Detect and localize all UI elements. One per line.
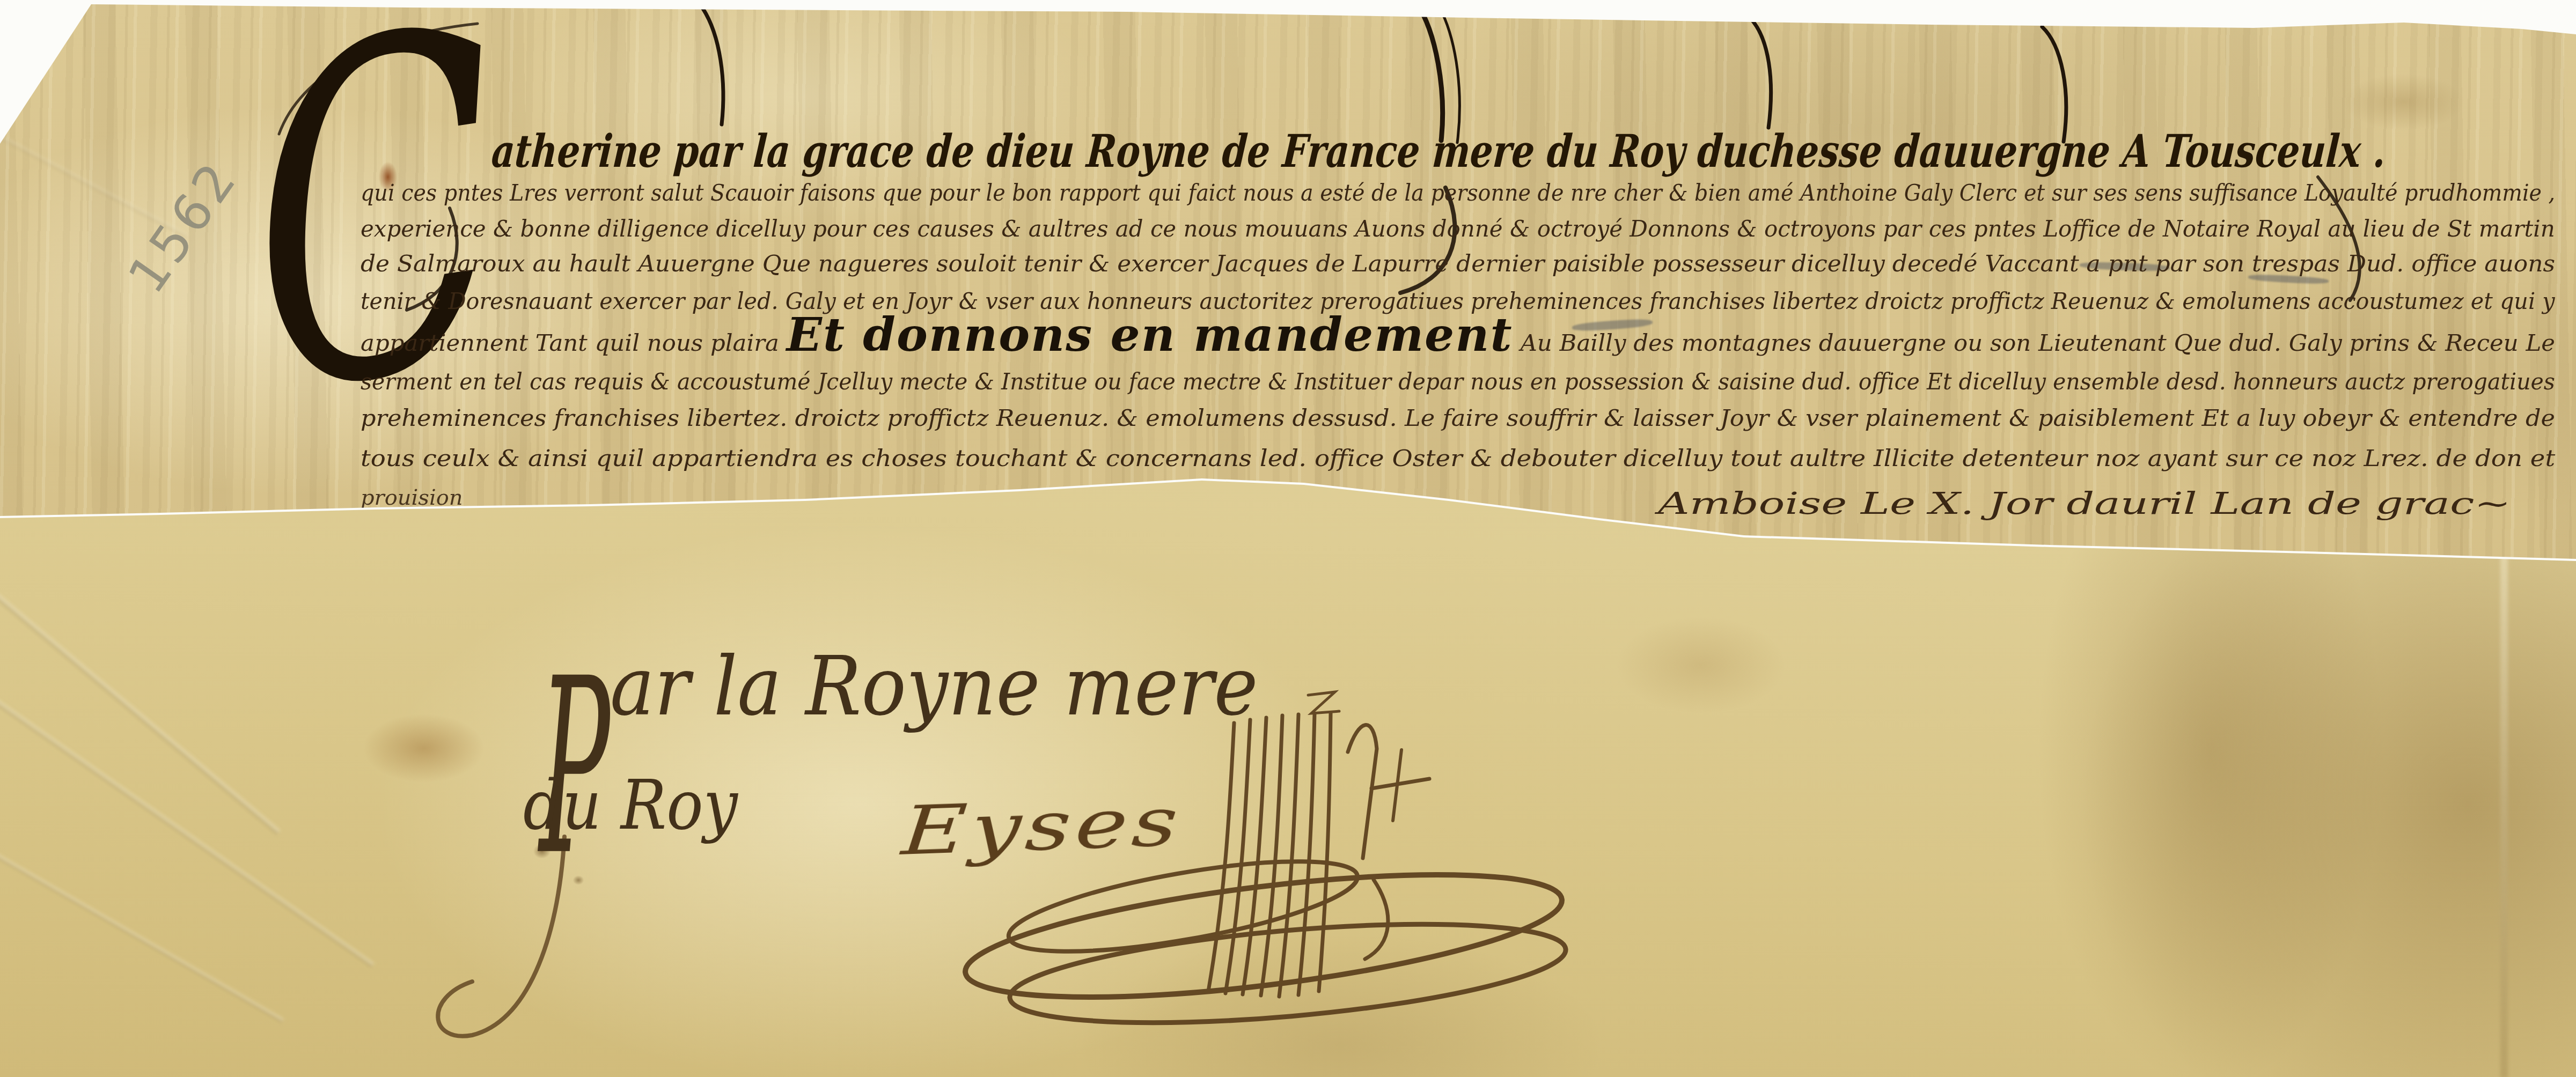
paraph-cross	[1393, 750, 1401, 821]
stain	[343, 703, 504, 794]
subscription-rest: ar la Royne mere	[610, 639, 1258, 734]
paraph-stroke	[1261, 715, 1282, 995]
paraph-cross	[1371, 779, 1429, 788]
body-line-3: de Salmaroux au hault Auuergne Que nague…	[361, 250, 2555, 282]
paraph-stroke	[1243, 718, 1266, 994]
fold-crease	[0, 837, 284, 1023]
paraph-stroke	[1319, 713, 1331, 991]
stain	[1588, 601, 1814, 729]
manuscript-scan: 1562 C atherine par la grace de dieu Roy…	[0, 0, 2576, 1077]
body-line-8: tous ceulx & ainsi quil appartiendra es …	[361, 445, 2555, 476]
body-line-1: qui ces pntes Lres verront salut Scauoir…	[361, 180, 2555, 211]
body-line-5-pre: appartiennent Tant quil nous plaira	[361, 330, 787, 357]
fold-crease	[0, 687, 374, 968]
body-line-5-post: Au Bailly des montagnes dauuergne ou son…	[1513, 330, 2555, 357]
paraph-stroke	[1208, 723, 1234, 991]
subscription-du-roy: du Roy	[523, 771, 738, 862]
paraph-z-mark	[1308, 692, 1339, 713]
body-line-9-fragment-left: prouision	[361, 485, 463, 510]
paraph-lower-glyph	[1365, 880, 1388, 959]
secretary-signature: Eyses	[898, 788, 1184, 894]
dateline-fragment: Amboise Le X. Jor dauril Lan de grac~	[1658, 489, 2554, 519]
paraph-stroke	[1298, 713, 1315, 995]
paraph-stroke	[1225, 720, 1250, 993]
body-line-2: experience & bonne dilligence dicelluy p…	[361, 216, 2555, 247]
fold-crease	[0, 569, 280, 835]
paraph-loop	[1006, 906, 1569, 1041]
body-line-5: appartiennent Tant quil nous plaira Et d…	[361, 330, 2555, 361]
paraph-stroke	[1279, 714, 1298, 997]
paraph-hook	[1348, 725, 1377, 858]
body-line-6: serment en tel cas requis & accoustumé J…	[361, 368, 2555, 400]
fold-crease	[2500, 536, 2508, 1077]
subscription-by-the-queen-mother: Par la Royne mere	[539, 617, 1258, 735]
body-line-7: preheminences franchises libertez. droic…	[361, 405, 2555, 436]
mandement-display-words: Et donnons en mandement	[787, 308, 1513, 362]
